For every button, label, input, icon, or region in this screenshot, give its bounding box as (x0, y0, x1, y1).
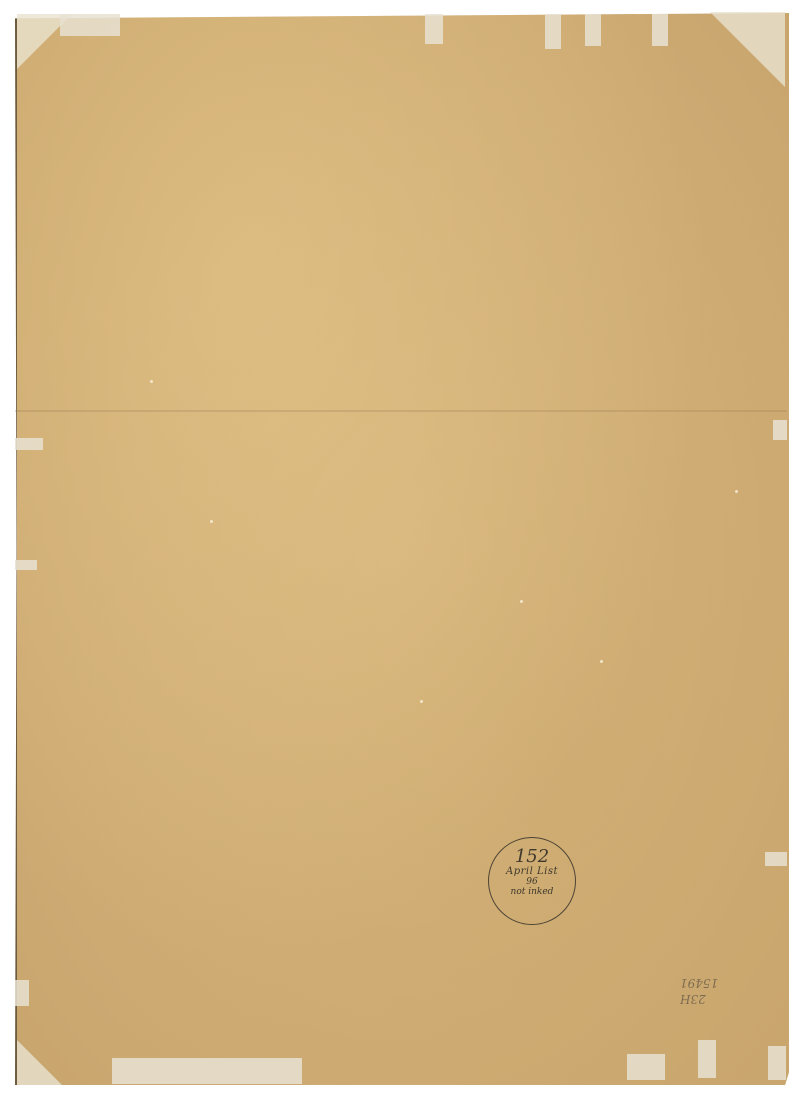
tape-strip-top-1 (60, 14, 120, 36)
circled-pencil-annotation: 152 April List 96 not inked (488, 837, 576, 925)
annotation-year: 96 (489, 877, 575, 887)
paper-speck (600, 660, 603, 663)
paper-sheet (15, 13, 789, 1085)
horizontal-fold-line (15, 410, 787, 412)
paper-speck (735, 490, 738, 493)
annotation-list-name: April List (489, 866, 575, 877)
paper-speck (210, 520, 213, 523)
tape-strip-top-3 (545, 14, 561, 49)
annotation-number: 152 (489, 848, 575, 866)
tape-strip-bottom-1 (112, 1058, 302, 1084)
paper-speck (420, 700, 423, 703)
inscription-line-2: 15491 (680, 975, 718, 991)
paper-speck (150, 380, 153, 383)
tape-strip-top-2 (425, 14, 443, 44)
annotation-status: not inked (489, 887, 575, 898)
tape-strip-bottom-2 (627, 1054, 665, 1080)
corner-pencil-inscription: 23H 15491 (680, 975, 718, 1007)
paper-speck (520, 600, 523, 603)
tape-strip-bottom-4 (768, 1046, 786, 1080)
tape-strip-top-4 (585, 14, 601, 46)
tape-strip-bottom-3 (698, 1040, 716, 1078)
tape-strip-top-5 (652, 14, 668, 46)
tape-strip-left-1 (15, 438, 43, 450)
tape-strip-left-3 (15, 980, 29, 1006)
tape-strip-right-2 (765, 852, 787, 866)
tape-strip-right-1 (773, 420, 787, 440)
tape-strip-left-2 (15, 560, 37, 570)
inscription-line-1: 23H (680, 991, 718, 1007)
